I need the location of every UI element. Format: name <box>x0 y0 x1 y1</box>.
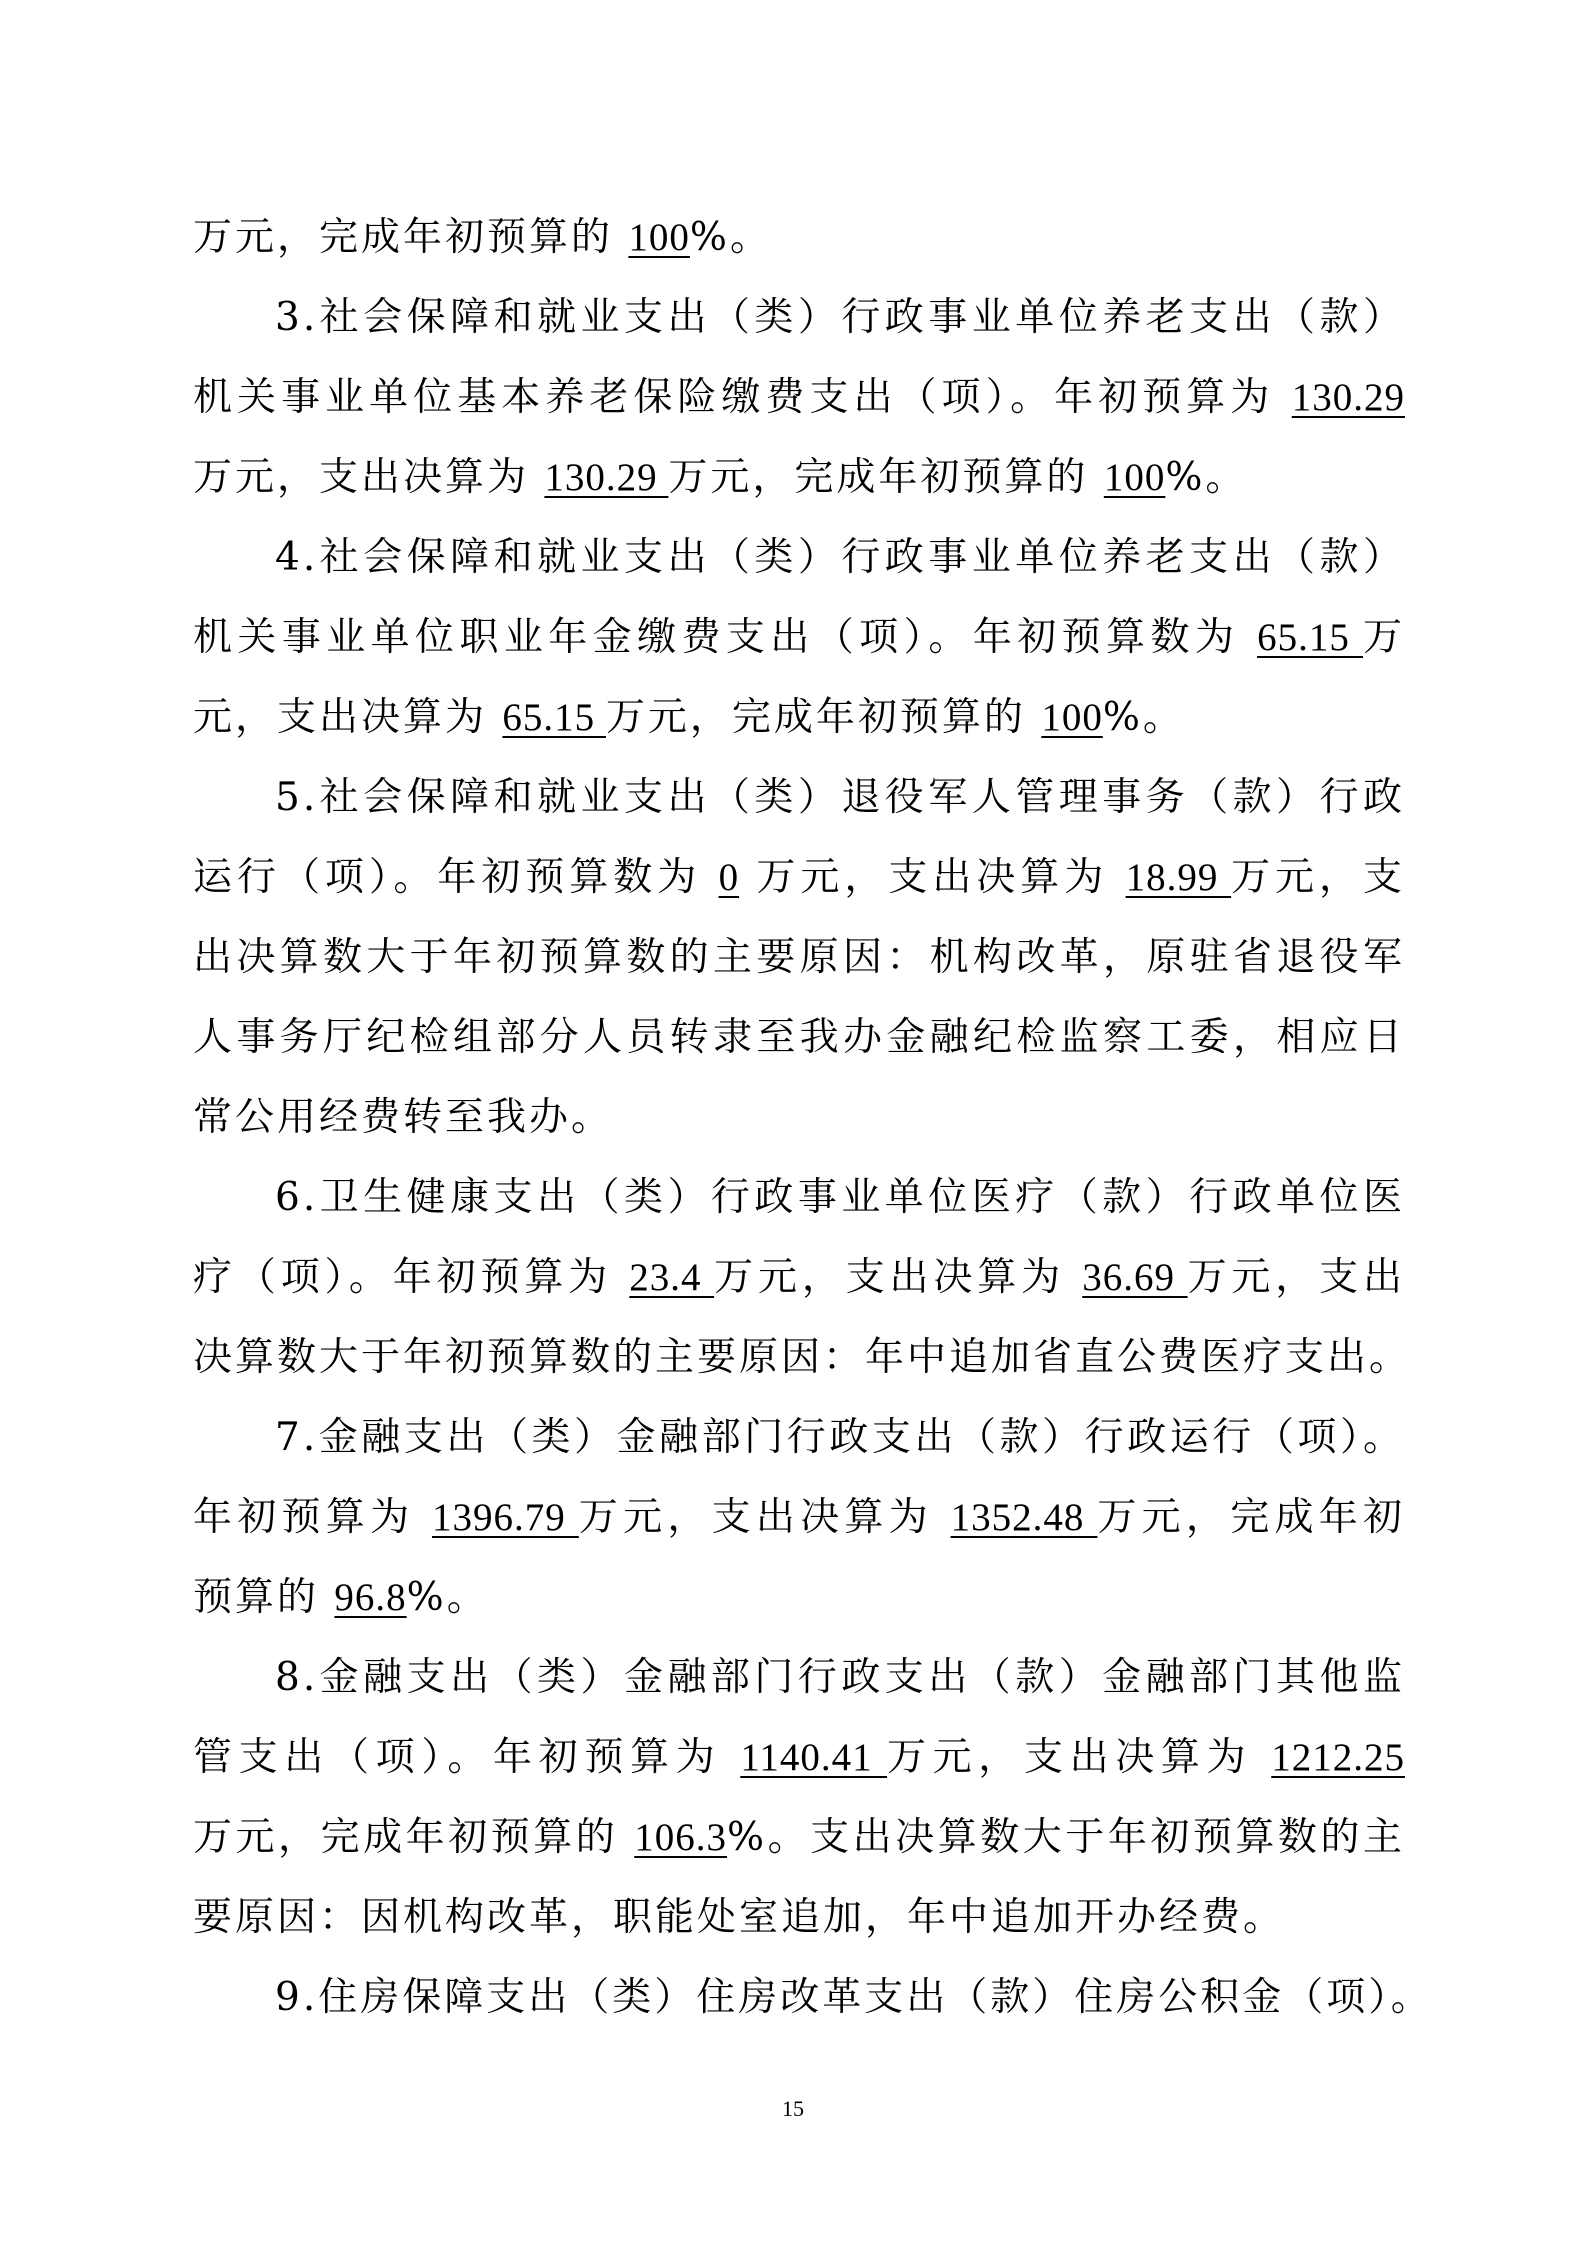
item-5-line-2: 运行（项）。年初预算数为 0 万元，支出决算为 18.99 万元，支 <box>193 848 1405 908</box>
item-5-line-5: 常公用经费转至我办。 <box>193 1088 613 1148</box>
item-5-line-1: 5.社会保障和就业支出（类）退役军人管理事务（款）行政 <box>275 768 1405 828</box>
text: 万元，完成年初预算的 <box>193 215 628 260</box>
text: 出决算数大于年初预算数的主要原因：机构改革，原驻省退役军 <box>193 935 1405 980</box>
item-7-line-2: 年初预算为 1396.79 万元，支出决算为 1352.48 万元，完成年初 <box>193 1488 1405 1548</box>
text: 管支出（项）。年初预算为 <box>193 1735 740 1780</box>
item-7-line-1: 7.金融支出（类）金融部门行政支出（款）行政运行（项）。 <box>275 1408 1405 1468</box>
initial-budget-value: 23.4 <box>629 1256 714 1299</box>
completion-rate-value: 96.8 <box>334 1576 406 1619</box>
final-expenditure-value: 1212.25 <box>1271 1736 1405 1779</box>
text: 4.社会保障和就业支出（类）行政事业单位养老支出（款） <box>275 535 1405 580</box>
text: 万元，完成年初 <box>1097 1495 1405 1540</box>
text: 要原因：因机构改革，职能处室追加，年中追加开办经费。 <box>193 1895 1285 1940</box>
text: 8.金融支出（类）金融部门行政支出（款）金融部门其他监 <box>275 1655 1405 1700</box>
text-line: 万元，完成年初预算的 100%。 <box>193 208 772 268</box>
item-6-line-3: 决算数大于年初预算数的主要原因：年中追加省直公费医疗支出。 <box>193 1328 1405 1388</box>
item-5-line-3: 出决算数大于年初预算数的主要原因：机构改革，原驻省退役军 <box>193 928 1405 988</box>
text: 5.社会保障和就业支出（类）退役军人管理事务（款）行政 <box>275 775 1405 820</box>
text: 人事务厅纪检组部分人员转隶至我办金融纪检监察工委，相应日 <box>193 1015 1405 1060</box>
text: 机关事业单位职业年金缴费支出（项）。年初预算数为 <box>193 615 1257 660</box>
page-number: 15 <box>0 2096 1586 2122</box>
item-4-line-3: 元，支出决算为 65.15 万元，完成年初预算的 100%。 <box>193 688 1185 748</box>
initial-budget-value: 1396.79 <box>432 1496 579 1539</box>
initial-budget-value: 0 <box>719 856 740 899</box>
text: 3.社会保障和就业支出（类）行政事业单位养老支出（款） <box>275 295 1405 340</box>
text: %。 <box>407 1575 489 1620</box>
text: 常公用经费转至我办。 <box>193 1095 613 1140</box>
text: 万元，支出决算为 <box>887 1735 1271 1780</box>
final-expenditure-value: 65.15 <box>502 696 606 739</box>
text: 9.住房保障支出（类）住房改革支出（款）住房公积金（项）。 <box>275 1975 1433 2020</box>
completion-rate-value: 106.3 <box>634 1816 727 1859</box>
text: 万 <box>1363 615 1405 660</box>
item-8-line-1: 8.金融支出（类）金融部门行政支出（款）金融部门其他监 <box>275 1648 1405 1708</box>
text: 万元，支出决算为 <box>739 855 1126 900</box>
item-9-line-1: 9.住房保障支出（类）住房改革支出（款）住房公积金（项）。 <box>275 1968 1405 2028</box>
text: 万元，支 <box>1231 855 1405 900</box>
text: 万元，支出决算为 <box>714 1255 1082 1300</box>
text: 万元，支出 <box>1188 1255 1405 1300</box>
text: 万元，完成年初预算的 <box>193 1815 634 1860</box>
item-8-line-4: 要原因：因机构改革，职能处室追加，年中追加开办经费。 <box>193 1888 1285 1948</box>
text: 决算数大于年初预算数的主要原因：年中追加省直公费医疗支出。 <box>193 1335 1411 1380</box>
text: 元，支出决算为 <box>193 695 502 740</box>
underlined-value: 100 <box>628 216 690 259</box>
text: %。 <box>1165 455 1247 500</box>
text: 万元，完成年初预算的 <box>606 695 1041 740</box>
final-expenditure-value: 130.29 <box>544 456 668 499</box>
text: 机关事业单位基本养老保险缴费支出（项）。年初预算为 <box>193 375 1292 420</box>
text: %。 <box>1103 695 1185 740</box>
text: 运行（项）。年初预算数为 <box>193 855 719 900</box>
item-8-line-2: 管支出（项）。年初预算为 1140.41 万元，支出决算为 1212.25 <box>193 1728 1405 1788</box>
item-5-line-4: 人事务厅纪检组部分人员转隶至我办金融纪检监察工委，相应日 <box>193 1008 1405 1068</box>
text: 万元，支出决算为 <box>579 1495 951 1540</box>
text: %。 <box>690 215 772 260</box>
item-6-line-2: 疗（项）。年初预算为 23.4 万元，支出决算为 36.69 万元，支出 <box>193 1248 1405 1308</box>
text: 疗（项）。年初预算为 <box>193 1255 629 1300</box>
item-8-line-3: 万元，完成年初预算的 106.3%。支出决算数大于年初预算数的主 <box>193 1808 1405 1868</box>
item-6-line-1: 6.卫生健康支出（类）行政事业单位医疗（款）行政单位医 <box>275 1168 1405 1228</box>
item-3-line-3: 万元，支出决算为 130.29 万元，完成年初预算的 100%。 <box>193 448 1247 508</box>
item-3-line-1: 3.社会保障和就业支出（类）行政事业单位养老支出（款） <box>275 288 1405 348</box>
final-expenditure-value: 36.69 <box>1082 1256 1187 1299</box>
initial-budget-value: 1140.41 <box>740 1736 887 1779</box>
completion-rate-value: 100 <box>1104 456 1166 499</box>
initial-budget-value: 130.29 <box>1292 376 1405 419</box>
item-4-line-1: 4.社会保障和就业支出（类）行政事业单位养老支出（款） <box>275 528 1405 588</box>
item-4-line-2: 机关事业单位职业年金缴费支出（项）。年初预算数为 65.15 万 <box>193 608 1405 668</box>
text: 预算的 <box>193 1575 334 1620</box>
text: 万元，支出决算为 <box>193 455 544 500</box>
text: 年初预算为 <box>193 1495 432 1540</box>
final-expenditure-value: 18.99 <box>1126 856 1231 899</box>
text: %。支出决算数大于年初预算数的主 <box>727 1815 1405 1860</box>
item-7-line-3: 预算的 96.8%。 <box>193 1568 489 1628</box>
initial-budget-value: 65.15 <box>1257 616 1363 659</box>
final-expenditure-value: 1352.48 <box>951 1496 1098 1539</box>
item-3-line-2: 机关事业单位基本养老保险缴费支出（项）。年初预算为 130.29 <box>193 368 1405 428</box>
completion-rate-value: 100 <box>1041 696 1103 739</box>
text: 万元，完成年初预算的 <box>668 455 1103 500</box>
text: 7.金融支出（类）金融部门行政支出（款）行政运行（项）。 <box>275 1415 1405 1460</box>
text: 6.卫生健康支出（类）行政事业单位医疗（款）行政单位医 <box>275 1175 1405 1220</box>
